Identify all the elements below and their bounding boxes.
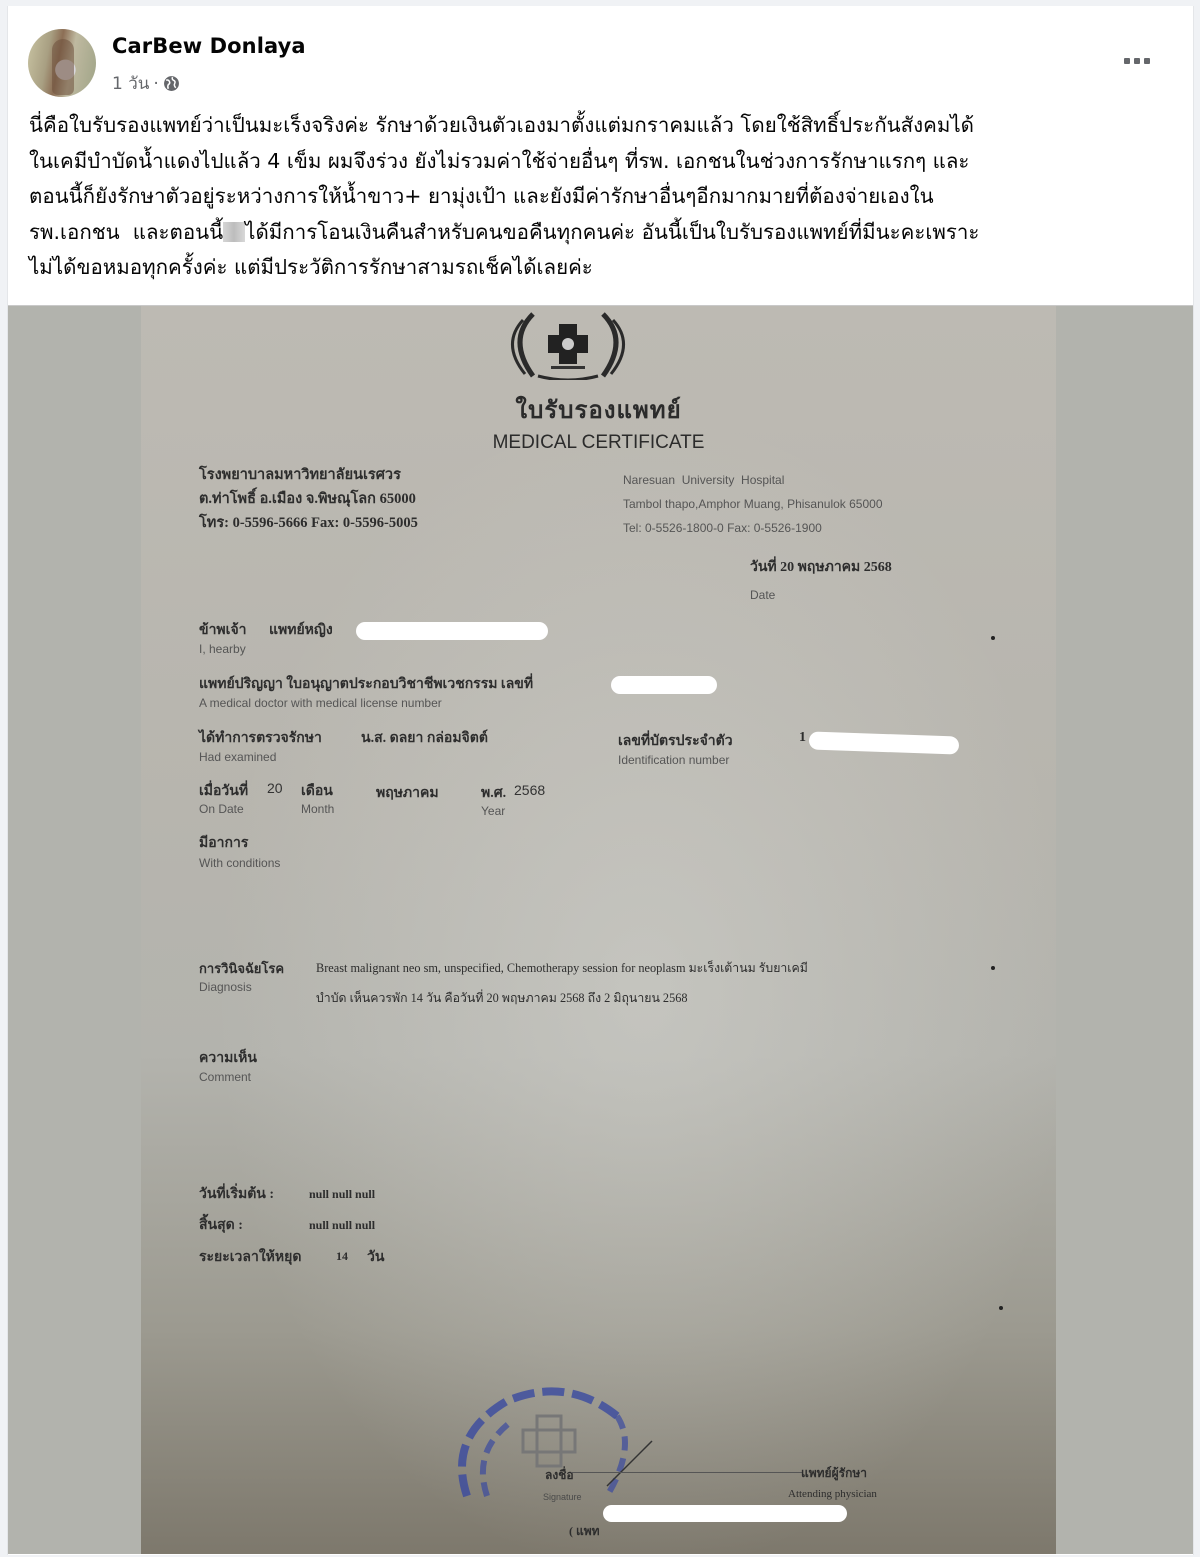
post-text-segment: ได้มีการโอนเงินคืนสำหรับคนขอคืนทุกคนค่ะ … [245,220,979,244]
on-date-label: เมื่อวันที่ [199,780,248,802]
redacted-id-number [809,731,960,754]
post-text-line: ไม่ได้ขอหมอทุกครั้งค่ะ แต่มีประวัติการรั… [29,250,1179,286]
end-date-value: null null null [309,1218,375,1233]
start-date-label: วันที่เริ่มต้น : [199,1183,274,1205]
post-header: CarBew Donlaya 1 วัน · [8,6,1193,106]
diagnosis-label-en: Diagnosis [199,980,252,994]
id-label-en: Identification number [618,753,729,767]
post-text-segment: รพ.เอกชน และตอนนี้ [29,220,223,244]
avatar[interactable] [28,29,96,97]
post-text-line: รพ.เอกชน และตอนนี้ได้มีการโอนเงินคืนสำหร… [29,215,1179,251]
examined-label: ได้ทำการตรวจรักษา [199,727,322,749]
redacted-doctor-printed-name [603,1505,847,1522]
signature-line [571,1472,803,1473]
examined-label-en: Had examined [199,750,276,764]
end-date-label: สิ้นสุด : [199,1214,243,1236]
certificate-date: วันที่ 20 พฤษภาคม 2568 [750,556,892,578]
id-label: เลขที่บัตรประจำตัว [618,730,733,752]
post-meta: 1 วัน · [112,70,180,97]
duration-unit: วัน [367,1246,384,1268]
author-name[interactable]: CarBew Donlaya [112,34,306,58]
comment-label-en: Comment [199,1070,251,1084]
physician-label-en: Attending physician [788,1488,877,1500]
more-dot [1144,58,1150,64]
comment-label: ความเห็น [199,1047,257,1069]
speck [999,1306,1003,1310]
condition-label: มีอาการ [199,832,248,854]
hereby-label: ข้าพเจ้า [199,619,247,641]
post-time[interactable]: 1 วัน [112,70,149,97]
on-date-label-en: On Date [199,802,244,816]
hereby-label-en: I, hearby [199,642,246,656]
post-text-line: ตอนนี้ก็ยังรักษาตัวอยู่ระหว่างการให้น้ำข… [29,179,1179,215]
post-photo[interactable]: ใบรับรองแพทย์ MEDICAL CERTIFICATE โรงพยา… [8,305,1193,1554]
more-dot [1134,58,1140,64]
duration-value: 14 [336,1249,348,1264]
physician-label: แพทย์ผู้รักษา [801,1464,867,1483]
certificate-date-label: Date [750,588,775,602]
blurred-text [223,222,245,242]
month-label-en: Month [301,802,334,816]
year-label: พ.ศ. [481,782,506,804]
post-text: นี่คือใบรับรองแพทย์ว่าเป็นมะเร็งจริงค่ะ … [29,108,1179,286]
hospital-address-th: โรงพยาบาลมหาวิทยาลัยนเรศวร ต.ท่าโพธิ์ อ.… [199,463,418,535]
start-date-value: null null null [309,1187,375,1202]
hospital-logo-icon [493,310,643,380]
post-text-line: ในเคมีบำบัดน้ำแดงไปแล้ว 4 เข็ม ผมจึงร่วง… [29,144,1179,180]
license-label-en: A medical doctor with medical license nu… [199,696,442,710]
duration-label: ระยะเวลาให้หยุด [199,1246,301,1268]
signature-label: ลงชื่อ [545,1466,574,1485]
doctor-title: แพทย์หญิง [269,619,333,641]
month-value: พฤษภาคม [376,782,439,804]
more-options-button[interactable] [1117,48,1157,74]
diagnosis-text-line1: Breast malignant neo sm, unspecified, Ch… [316,959,808,978]
year-label-en: Year [481,804,505,818]
hospital-stamp-icon [437,1376,687,1526]
certificate-title-th: ใบรับรองแพทย์ [141,390,1056,429]
post-text-line: นี่คือใบรับรองแพทย์ว่าเป็นมะเร็งจริงค่ะ … [29,108,1179,144]
speck [991,966,995,970]
on-date-value: 20 [267,780,283,796]
printed-name-prefix: ( แพท [569,1522,600,1541]
meta-separator: · [153,74,158,94]
redacted-doctor-name [356,622,548,640]
month-label: เดือน [301,780,333,802]
certificate-title-en: MEDICAL CERTIFICATE [141,432,1056,454]
more-horizontal-icon [1124,58,1130,64]
medical-certificate-document: ใบรับรองแพทย์ MEDICAL CERTIFICATE โรงพยา… [141,306,1056,1554]
signature-label-en: Signature [543,1492,582,1502]
diagnosis-label: การวินิจฉัยโรค [199,958,284,979]
condition-label-en: With conditions [199,856,280,870]
globe-icon[interactable] [163,75,180,92]
redacted-license-number [611,676,717,694]
facebook-post: CarBew Donlaya 1 วัน · นี่คือใบรับรองแพท… [7,6,1194,1555]
speck [991,636,995,640]
diagnosis-text-line2: บำบัด เห็นควรพัก 14 วัน คือวันที่ 20 พฤษ… [316,989,688,1008]
hospital-address-en: Naresuan University Hospital Tambol thap… [623,468,883,540]
patient-name: น.ส. ดลยา กล่อมจิตต์ [361,727,488,749]
id-value-prefix: 1 [799,730,806,746]
year-value: 2568 [514,782,545,798]
license-label: แพทย์ปริญญา ใบอนุญาตประกอบวิชาชีพเวชกรรม… [199,673,533,695]
